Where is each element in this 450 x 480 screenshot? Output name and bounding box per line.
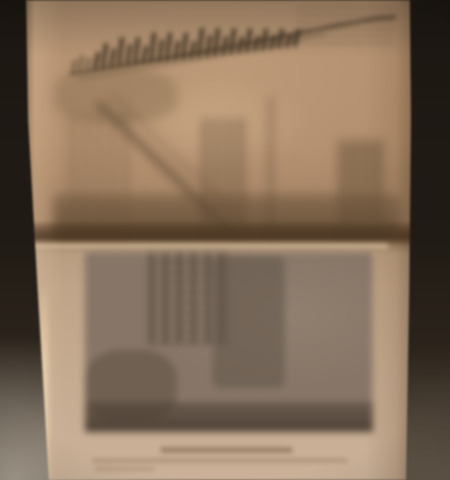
paper-edge-highlight <box>39 280 48 480</box>
upper-engraving <box>53 68 401 238</box>
engraving-dark-bottom-band <box>85 402 373 432</box>
photo-scene <box>0 0 450 480</box>
caption-smudge-primary <box>160 447 293 453</box>
caption-smudge-secondary <box>92 458 348 463</box>
lower-engraving <box>85 252 373 432</box>
engraving-central-mass <box>213 256 285 388</box>
photo-frame <box>0 0 450 480</box>
fold-crease-highlight <box>29 243 389 249</box>
newspaper-sheet <box>25 0 411 480</box>
caption-smudge-tertiary <box>95 467 155 471</box>
